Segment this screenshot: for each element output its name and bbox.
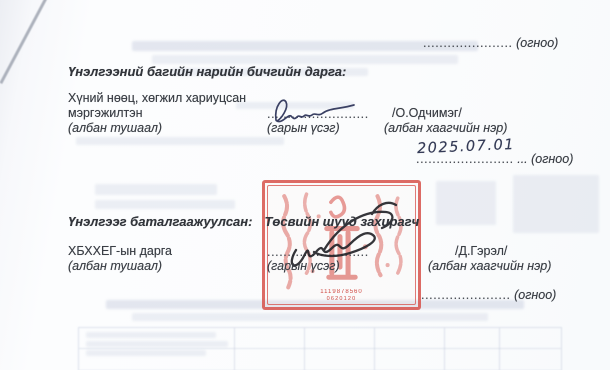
dotted-line: ........................ bbox=[416, 152, 514, 166]
signature1-caption: (гарын үсэг) bbox=[267, 121, 340, 136]
dotted-line: ...................... bbox=[421, 288, 511, 302]
role-caption: (албан тушаал) bbox=[68, 121, 162, 136]
scanned-approval-document: ...................... (огноо) Үнэлгээни… bbox=[0, 0, 610, 370]
bleed-through-text bbox=[95, 200, 235, 209]
top-date-line: ...................... (огноо) bbox=[423, 36, 558, 51]
bleed-through-text bbox=[132, 313, 488, 321]
role2: ХБХХЕГ-ын дарга bbox=[68, 244, 172, 259]
bleed-through-table-cell bbox=[436, 181, 496, 225]
role-line1: Хүний нөөц, хөгжил хариуцсан bbox=[68, 91, 246, 106]
bottom-date-line: ...................... (огноо) bbox=[421, 288, 556, 303]
bleed-through-text bbox=[86, 332, 216, 338]
approver-role: Төсвийн шууд захирагч bbox=[264, 214, 419, 229]
date1-line: ........................ ... (огноо) bbox=[416, 152, 573, 167]
date-label: (огноо) bbox=[514, 288, 556, 302]
bleed-through-text bbox=[95, 184, 217, 195]
role-line2: мэргэжилтэн bbox=[68, 106, 143, 121]
bleed-through-text bbox=[152, 55, 458, 64]
stamp-serial: 1119878560 0620120 bbox=[265, 289, 418, 302]
section1-heading: Үнэлгээний багийн нарийн бичгийн дарга: bbox=[68, 64, 346, 79]
stamp-serial-line1: 1119878560 bbox=[265, 289, 418, 296]
date-label: ... (огноо) bbox=[517, 152, 573, 166]
officer1-name: /О.Одчимэг/ bbox=[392, 106, 462, 121]
dotted-line: ...................... bbox=[423, 36, 513, 50]
section2-heading-row: Үнэлгээг баталгаажуулсан: Төсвийн шууд з… bbox=[68, 214, 419, 229]
bleed-through-text bbox=[76, 137, 284, 145]
stamp-serial-line2: 0620120 bbox=[265, 296, 418, 302]
officer2-name: /Д.Гэрэл/ bbox=[455, 244, 507, 259]
officer2-name-caption: (албан хаагчийн нэр) bbox=[428, 259, 551, 274]
bleed-through-text bbox=[86, 350, 206, 356]
section2-heading: Үнэлгээг баталгаажуулсан: bbox=[68, 214, 252, 229]
date-label: (огноо) bbox=[516, 36, 558, 50]
bleed-through-table-cell bbox=[513, 175, 599, 233]
role2-caption: (албан тушаал) bbox=[68, 259, 162, 274]
bleed-through-text bbox=[86, 341, 228, 347]
page-fold-scan-line bbox=[0, 0, 51, 84]
officer1-name-caption: (албан хаагчийн нэр) bbox=[384, 121, 507, 136]
signature2-caption: (гарын үсэг) bbox=[267, 259, 340, 274]
